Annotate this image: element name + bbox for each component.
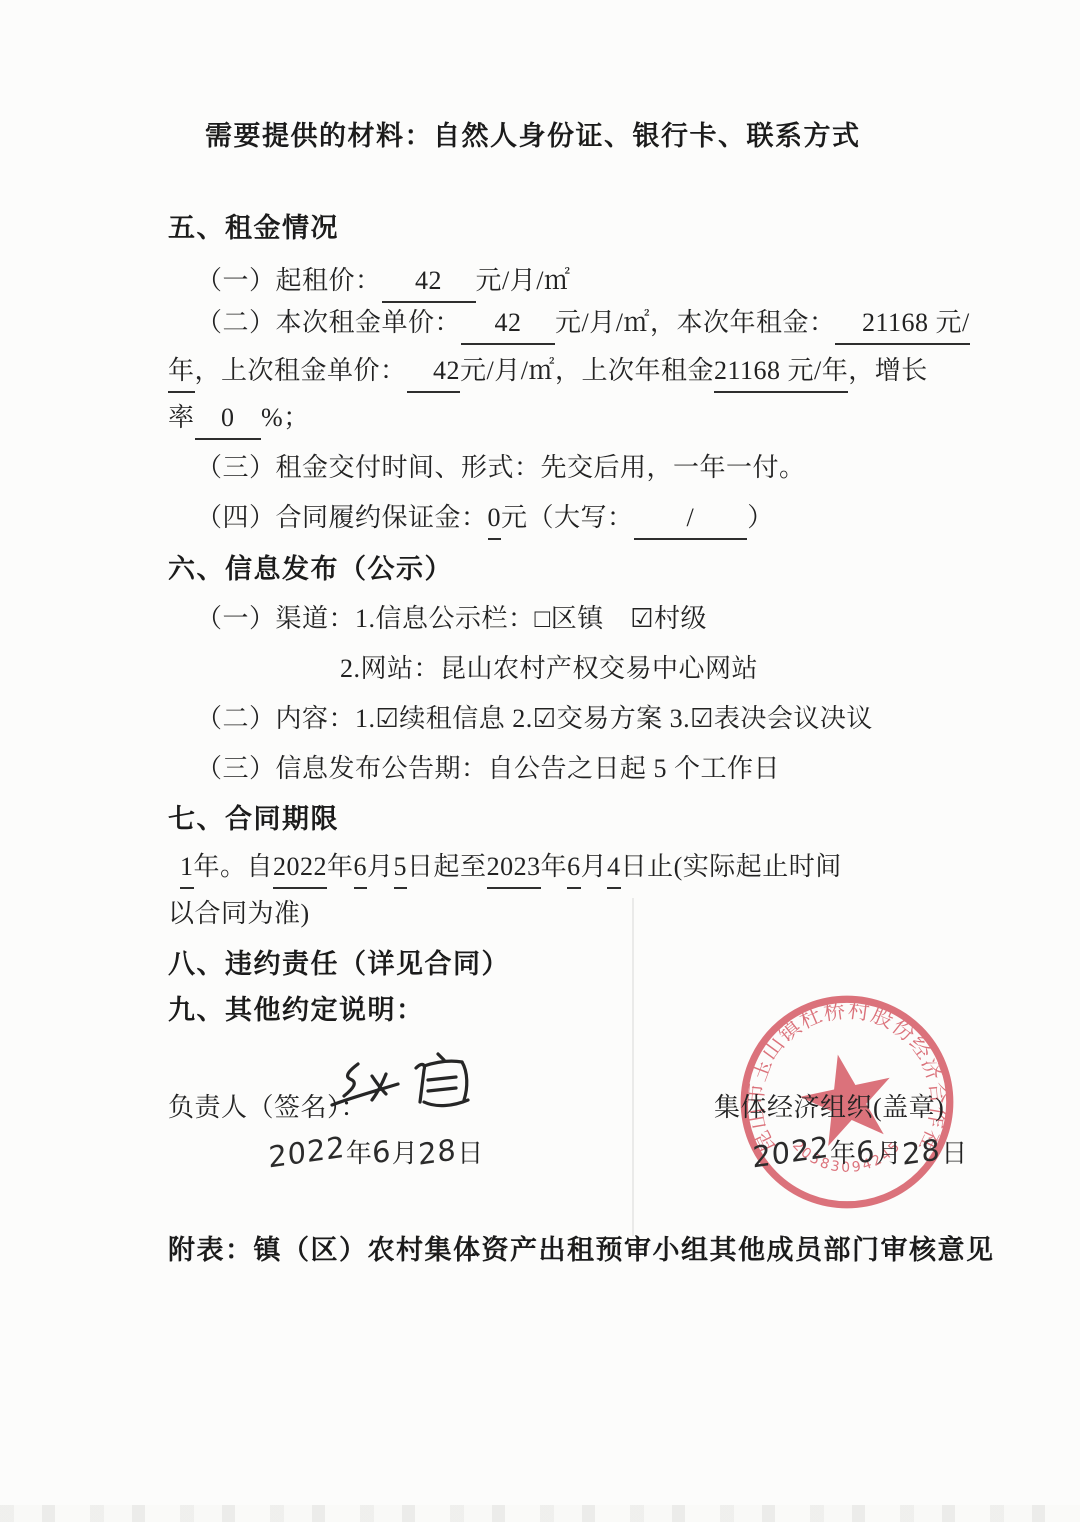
text-segment: %；	[261, 398, 310, 438]
right-date: 2022年 6 月28日	[752, 1132, 968, 1174]
text-segment: （二）本次租金单价：	[196, 303, 461, 343]
filled-value: 1	[180, 847, 194, 889]
line-channels: （一）渠道：1.信息公示栏：□区镇 ☑村级	[196, 599, 707, 639]
materials-note: 需要提供的材料：自然人身份证、银行卡、联系方式	[205, 116, 861, 156]
line-current-rent-1: （二）本次租金单价： 42 元/月/㎡，本次年租金： 21168 元/	[196, 303, 970, 345]
text-segment: 日止(实际起止时间	[621, 847, 842, 887]
filled-value: 2023	[487, 847, 541, 889]
text-segment: 附表：镇（区）农村集体资产出租预审小组其他成员部门审核意见	[168, 1230, 995, 1270]
left-date: 2022 年 6 月 28 日	[268, 1132, 484, 1174]
filled-value: 21168 元/年	[714, 351, 848, 393]
text-segment: 七、合同期限	[168, 799, 339, 839]
text-segment: 九、其他约定说明：	[168, 990, 425, 1030]
text-segment: 年。自	[194, 847, 274, 887]
handwritten-month: 6	[856, 1131, 877, 1174]
text-segment: 元/月/㎡，本次年租金：	[555, 303, 835, 343]
text-segment: 月	[367, 847, 394, 887]
org-seal-label: 集体经济组织(盖章)	[714, 1088, 944, 1128]
filled-value: /	[634, 498, 748, 540]
appendix-note: 附表：镇（区）农村集体资产出租预审小组其他成员部门审核意见	[168, 1230, 995, 1270]
text-segment: ）	[747, 498, 774, 538]
line-current-rent-2: 年，上次租金单价： 42 元/月/㎡，上次年租金 21168 元/年，增长	[168, 351, 928, 393]
filled-value: 42	[407, 351, 461, 393]
filled-value: 0	[488, 498, 502, 540]
line-growth-rate: 率 0 %；	[168, 398, 310, 440]
text-segment: 元（大写：	[501, 498, 634, 538]
text-segment: 元/月/㎡	[476, 261, 571, 301]
line-payment-terms: （三）租金交付时间、形式：先交后用，一年一付。	[196, 448, 806, 488]
text-segment: 需要提供的材料：自然人身份证、银行卡、联系方式	[205, 116, 861, 156]
section-9-heading: 九、其他约定说明：	[168, 990, 425, 1030]
line-deposit: （四）合同履约保证金： 0 元（大写： / ）	[196, 498, 774, 540]
filled-value: 2022	[273, 847, 327, 889]
text-segment: 率	[168, 398, 195, 438]
document-page: 需要提供的材料：自然人身份证、银行卡、联系方式 五、租金情况 （一）起租价： 4…	[0, 0, 1080, 1522]
filled-value: 42	[461, 303, 555, 345]
line-website: 2.网站：昆山农村产权交易中心网站	[340, 649, 758, 689]
text-segment: 八、违约责任（详见合同）	[168, 944, 510, 984]
filled-value: 0	[195, 398, 262, 440]
text-segment: 六、信息发布（公示）	[168, 549, 453, 589]
text-segment: 以合同为准)	[168, 894, 310, 934]
line-term-2: 以合同为准)	[168, 894, 310, 934]
text-segment: （一）起租价：	[196, 261, 382, 301]
signature-handwriting	[320, 1050, 510, 1135]
text-segment: 年	[346, 1134, 373, 1174]
text-segment: ，上次租金单价：	[195, 351, 407, 391]
text-segment: （三）信息发布公告期：自公告之日起 5 个工作日	[196, 749, 780, 789]
text-segment: 日	[457, 1134, 484, 1174]
line-notice-period: （三）信息发布公告期：自公告之日起 5 个工作日	[196, 749, 780, 789]
filled-value: 6	[567, 847, 581, 889]
text-segment: （一）渠道：1.信息公示栏：□区镇 ☑村级	[196, 599, 707, 639]
text-segment: 日	[941, 1134, 968, 1174]
filled-value: 4	[607, 847, 621, 889]
filled-value: 6	[354, 847, 368, 889]
text-segment: 年	[327, 847, 354, 887]
text-segment: 元/月/㎡，上次年租金	[460, 351, 714, 391]
text-segment: 2.网站：昆山农村产权交易中心网站	[340, 649, 758, 689]
text-segment: 月	[392, 1134, 419, 1174]
filled-value: 21168 元/	[835, 303, 969, 345]
filled-value: 年	[168, 351, 195, 393]
text-segment: 年	[830, 1134, 857, 1174]
text-segment: 日起至	[407, 847, 487, 887]
handwritten-year: 2022	[752, 1126, 830, 1177]
text-segment: 五、租金情况	[168, 208, 339, 248]
handwritten-month: 6	[372, 1131, 393, 1174]
text-segment: （三）租金交付时间、形式：先交后用，一年一付。	[196, 448, 806, 488]
section-6-heading: 六、信息发布（公示）	[168, 549, 453, 589]
section-8-heading: 八、违约责任（详见合同）	[168, 944, 510, 984]
text-segment: 月	[581, 847, 608, 887]
scan-artifact-line	[632, 898, 634, 1236]
line-term-1: 1 年。自 2022 年 6 月 5 日起至 2023 年 6 月 4 日止(实…	[180, 847, 842, 889]
text-segment: 集体经济组织(盖章)	[714, 1088, 944, 1128]
text-segment: （四）合同履约保证金：	[196, 498, 488, 538]
text-segment: 月	[876, 1134, 903, 1174]
text-segment: ，增长	[848, 351, 928, 391]
line-contents: （二）内容：1.☑续租信息 2.☑交易方案 3.☑表决会议决议	[196, 699, 873, 739]
scan-artifact-bottom-edge	[0, 1505, 1080, 1522]
handwritten-day: 28	[418, 1129, 458, 1175]
section-5-heading: 五、租金情况	[168, 208, 339, 248]
text-segment: （二）内容：1.☑续租信息 2.☑交易方案 3.☑表决会议决议	[196, 699, 873, 739]
line-starting-price: （一）起租价： 42 元/月/㎡	[196, 261, 570, 303]
handwritten-day: 28	[902, 1129, 942, 1175]
text-segment: 年	[541, 847, 568, 887]
section-7-heading: 七、合同期限	[168, 799, 339, 839]
filled-value: 5	[394, 847, 408, 889]
filled-value: 42	[382, 261, 476, 303]
handwritten-year: 2022	[268, 1126, 346, 1177]
